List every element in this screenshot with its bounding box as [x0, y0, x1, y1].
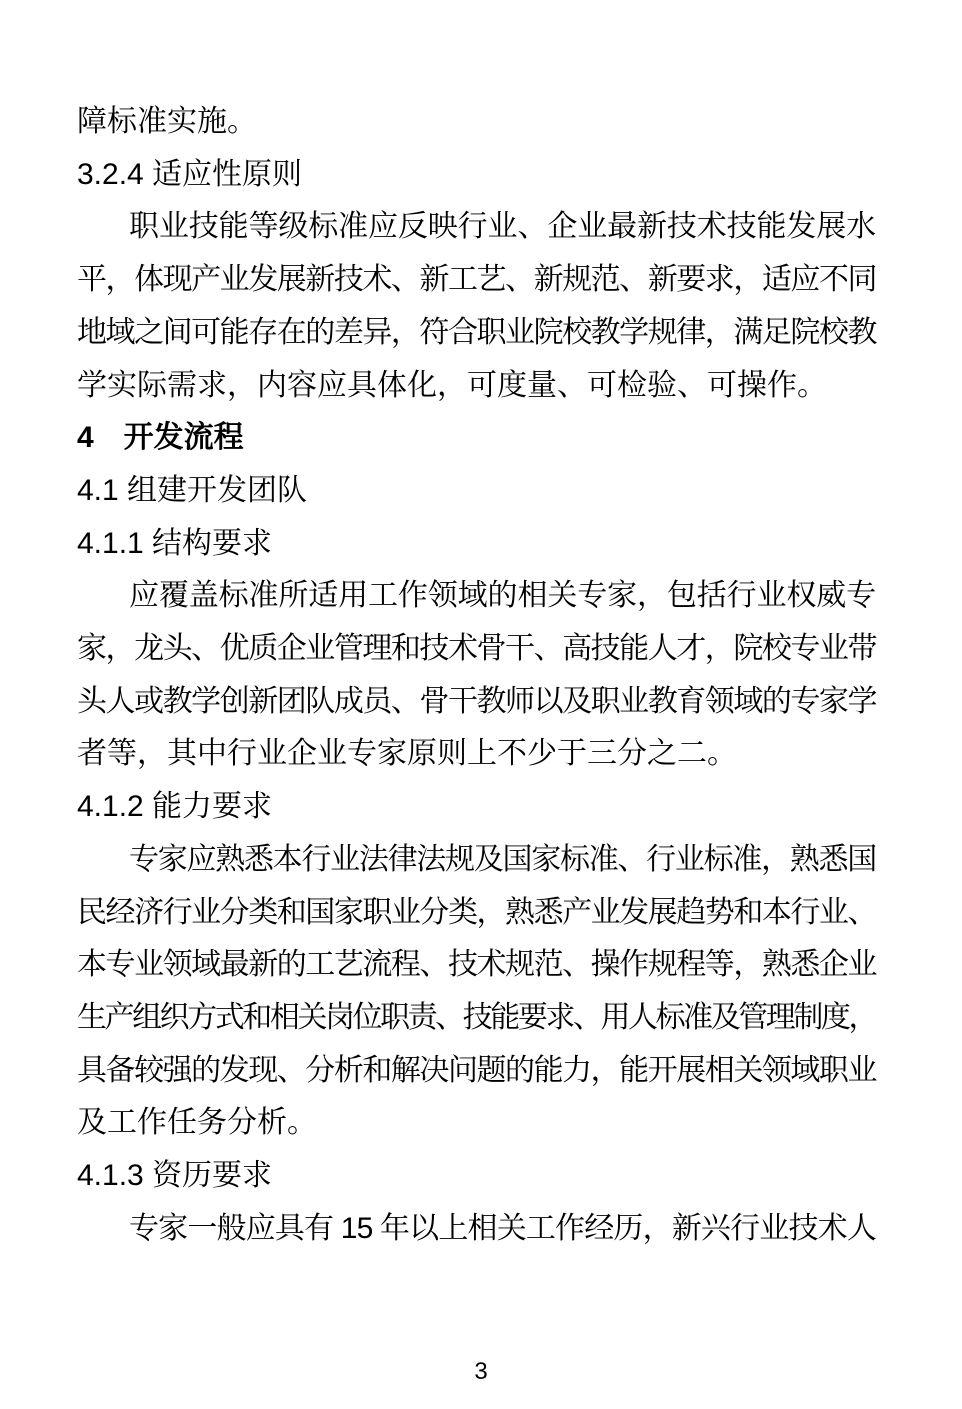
- section-heading-4-1-2: 4.1.2 能力要求: [77, 781, 876, 834]
- body-text: 民经济行业分类和国家职业分类，熟悉产业发展趋势和本行业、: [77, 896, 876, 929]
- paragraph-line: 头人或教学创新团队成员、骨干教师以及职业教育领域的专家学: [77, 676, 876, 729]
- paragraph-line: 生产组织方式和相关岗位职责、技能要求、用人标准及管理制度，: [77, 992, 876, 1045]
- paragraph-line: 及工作任务分析。: [77, 1097, 876, 1150]
- heading-text: 3.2.4 适应性原则: [77, 158, 302, 191]
- section-heading-4-1-3: 4.1.3 资历要求: [77, 1150, 876, 1203]
- body-text: 头人或教学创新团队成员、骨干教师以及职业教育领域的专家学: [77, 685, 876, 718]
- body-text: 地域之间可能存在的差异，符合职业院校教学规律，满足院校教: [77, 316, 876, 349]
- page-footer: 3: [0, 1344, 962, 1400]
- body-text: 平，体现产业发展新技术、新工艺、新规范、新要求，适应不同: [77, 263, 876, 296]
- heading-text: 4.1.2 能力要求: [77, 790, 272, 823]
- body-text: 专家应熟悉本行业法律法规及国家标准、行业标准，熟悉国: [129, 843, 876, 876]
- body-text: 职业技能等级标准应反映行业、企业最新技术技能发展水: [129, 210, 876, 243]
- paragraph-line: 具备较强的发现、分析和解决问题的能力，能开展相关领域职业: [77, 1045, 876, 1098]
- paragraph-line: 平，体现产业发展新技术、新工艺、新规范、新要求，适应不同: [77, 254, 876, 307]
- section-heading-4-1-1: 4.1.1 结构要求: [77, 518, 876, 571]
- body-text: 专家一般应具有 15 年以上相关工作经历，新兴行业技术人: [129, 1212, 876, 1245]
- document-content: 障标准实施。 3.2.4 适应性原则 职业技能等级标准应反映行业、企业最新技术技…: [77, 96, 876, 1255]
- heading-text: 4.1.3 资历要求: [77, 1159, 272, 1192]
- document-page: 障标准实施。 3.2.4 适应性原则 职业技能等级标准应反映行业、企业最新技术技…: [0, 0, 962, 1409]
- body-text: 家，龙头、优质企业管理和技术骨干、高技能人才，院校专业带: [77, 632, 876, 665]
- section-heading-3-2-4: 3.2.4 适应性原则: [77, 149, 876, 202]
- paragraph-line: 专家一般应具有 15 年以上相关工作经历，新兴行业技术人: [77, 1203, 876, 1256]
- body-text: 本专业领域最新的工艺流程、技术规范、操作规程等，熟悉企业: [77, 948, 876, 981]
- body-text: 生产组织方式和相关岗位职责、技能要求、用人标准及管理制度，: [77, 1001, 876, 1034]
- paragraph-line: 学实际需求，内容应具体化，可度量、可检验、可操作。: [77, 360, 876, 413]
- paragraph-continuation-line: 障标准实施。: [77, 96, 876, 149]
- paragraph-line: 者等，其中行业企业专家原则上不少于三分之二。: [77, 728, 876, 781]
- heading-text: 4.1.1 结构要求: [77, 527, 272, 560]
- paragraph-line: 应覆盖标准所适用工作领域的相关专家，包括行业权威专: [77, 570, 876, 623]
- section-heading-4-1: 4.1 组建开发团队: [77, 465, 876, 518]
- heading-text: 4.1 组建开发团队: [77, 474, 307, 507]
- paragraph-line: 职业技能等级标准应反映行业、企业最新技术技能发展水: [77, 201, 876, 254]
- paragraph-line: 家，龙头、优质企业管理和技术骨干、高技能人才，院校专业带: [77, 623, 876, 676]
- heading-text: 4 开发流程: [77, 421, 244, 454]
- paragraph-line: 地域之间可能存在的差异，符合职业院校教学规律，满足院校教: [77, 307, 876, 360]
- body-text: 障标准实施。: [77, 105, 257, 138]
- paragraph-line: 民经济行业分类和国家职业分类，熟悉产业发展趋势和本行业、: [77, 887, 876, 940]
- page-number: 3: [474, 1358, 487, 1385]
- body-text: 者等，其中行业企业专家原则上不少于三分之二。: [77, 737, 737, 770]
- body-text: 应覆盖标准所适用工作领域的相关专家，包括行业权威专: [129, 579, 876, 612]
- body-text: 具备较强的发现、分析和解决问题的能力，能开展相关领域职业: [77, 1054, 876, 1087]
- paragraph-line: 专家应熟悉本行业法律法规及国家标准、行业标准，熟悉国: [77, 834, 876, 887]
- paragraph-line: 本专业领域最新的工艺流程、技术规范、操作规程等，熟悉企业: [77, 939, 876, 992]
- body-text: 及工作任务分析。: [77, 1106, 317, 1139]
- chapter-heading-4: 4 开发流程: [77, 412, 876, 465]
- body-text: 学实际需求，内容应具体化，可度量、可检验、可操作。: [77, 369, 827, 402]
